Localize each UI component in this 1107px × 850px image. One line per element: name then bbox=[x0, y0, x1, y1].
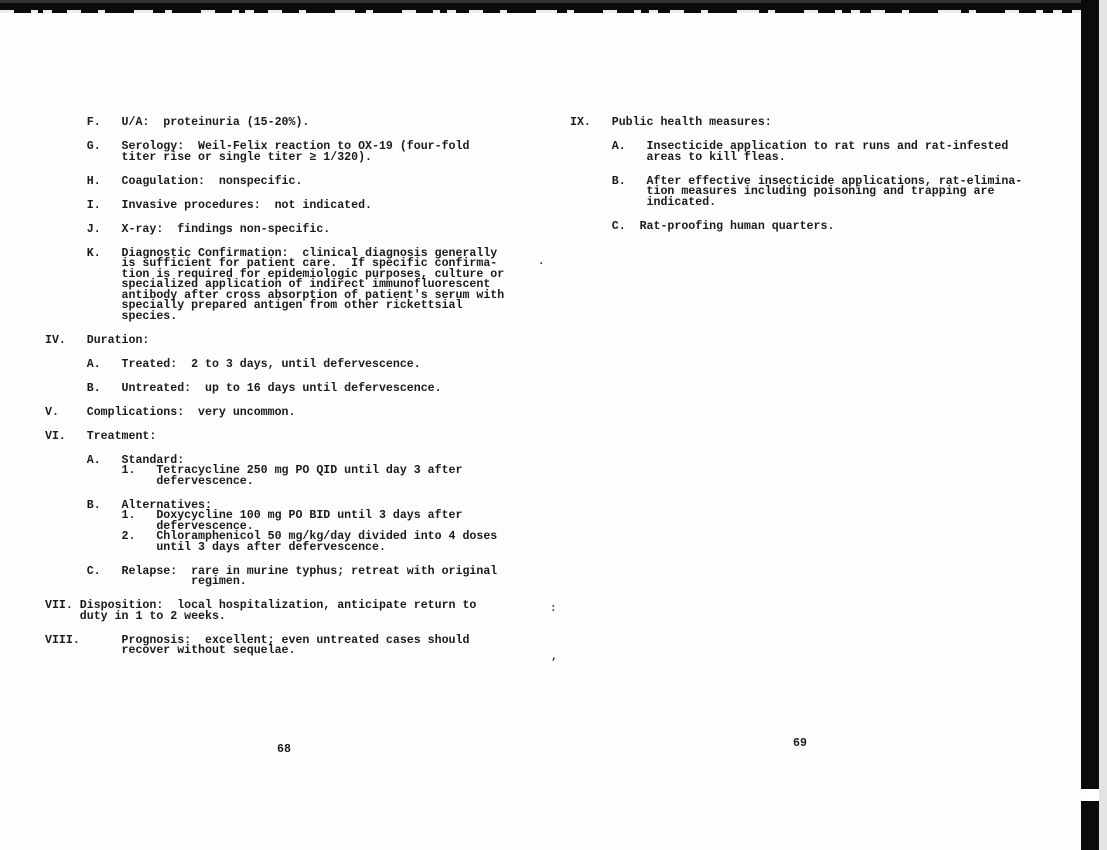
scan-speck: . bbox=[538, 256, 545, 268]
page-68: F. U/A: proteinuria (15-20%). G. Serolog… bbox=[45, 118, 545, 657]
item-IV-B-untreated: B. Untreated: up to 16 days until deferv… bbox=[45, 384, 545, 395]
page-68-body: F. U/A: proteinuria (15-20%). G. Serolog… bbox=[45, 118, 545, 657]
item-VI-B-alternatives: B. Alternatives: 1. Doxycycline 100 mg P… bbox=[45, 501, 545, 554]
item-IV-duration: IV. Duration: bbox=[45, 336, 545, 347]
page-number-69: 69 bbox=[793, 738, 807, 749]
item-IX-C-rat-proofing: C. Rat-proofing human quarters. bbox=[570, 222, 1080, 233]
scan-right-edge-notch bbox=[1081, 789, 1099, 801]
scan-speck: , bbox=[551, 651, 558, 663]
page-number-68: 68 bbox=[277, 744, 291, 755]
page-69: IX. Public health measures: A. Insectici… bbox=[570, 118, 1080, 232]
item-J-xray: J. X-ray: findings non-specific. bbox=[45, 225, 545, 236]
item-IX-B-rat-elimination: B. After effective insecticide applicati… bbox=[570, 177, 1080, 209]
page-69-body: IX. Public health measures: A. Insectici… bbox=[570, 118, 1080, 232]
scanned-document: F. U/A: proteinuria (15-20%). G. Serolog… bbox=[0, 0, 1107, 850]
item-VI-A-standard: A. Standard: 1. Tetracycline 250 mg PO Q… bbox=[45, 456, 545, 488]
item-H-coagulation: H. Coagulation: nonspecific. bbox=[45, 177, 545, 188]
item-VII-disposition: VII. Disposition: local hospitalization,… bbox=[45, 601, 545, 622]
item-F-urinalysis: F. U/A: proteinuria (15-20%). bbox=[45, 118, 545, 129]
item-IX-public-health-measures: IX. Public health measures: bbox=[570, 118, 1080, 129]
scan-speck: : bbox=[550, 603, 557, 615]
item-VIII-prognosis: VIII. Prognosis: excellent; even untreat… bbox=[45, 636, 545, 657]
scan-top-edge-bar bbox=[0, 0, 1100, 13]
item-VI-C-relapse: C. Relapse: rare in murine typhus; retre… bbox=[45, 567, 545, 588]
item-VI-treatment: VI. Treatment: bbox=[45, 432, 545, 443]
item-IV-A-treated: A. Treated: 2 to 3 days, until defervesc… bbox=[45, 360, 545, 371]
item-G-serology: G. Serology: Weil-Felix reaction to OX-1… bbox=[45, 142, 545, 163]
item-I-invasive-procedures: I. Invasive procedures: not indicated. bbox=[45, 201, 545, 212]
item-V-complications: V. Complications: very uncommon. bbox=[45, 408, 545, 419]
item-K-diagnostic-confirmation: K. Diagnostic Confirmation: clinical dia… bbox=[45, 249, 545, 323]
item-IX-A-insecticide: A. Insecticide application to rat runs a… bbox=[570, 142, 1080, 163]
scan-right-edge-bar bbox=[1081, 0, 1099, 850]
scan-top-edge-artifacts bbox=[0, 10, 1100, 13]
scan-right-margin bbox=[1099, 0, 1107, 850]
